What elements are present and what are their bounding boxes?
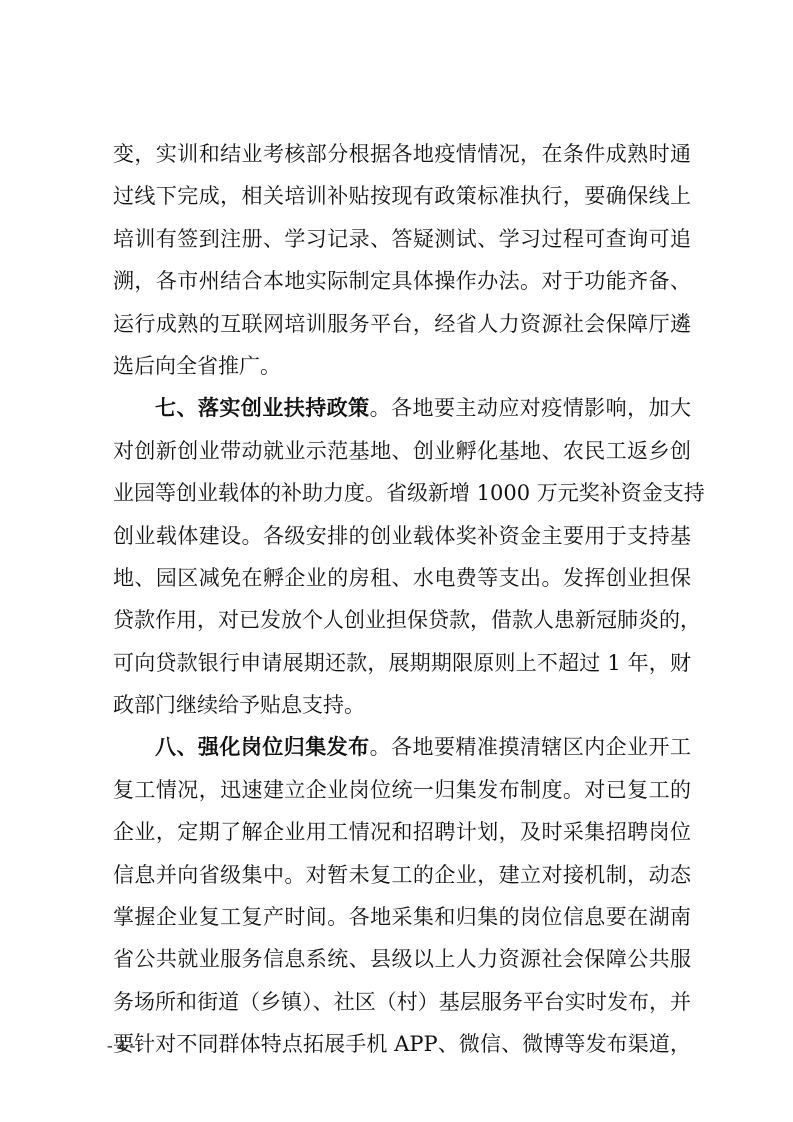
text-line: 掌握企业复工复产时间。各地采集和归集的岗位信息要在湖南: [113, 896, 691, 938]
text-line: 对创新创业带动就业示范基地、创业孵化基地、农民工返乡创: [113, 430, 691, 472]
text-line: 省公共就业服务信息系统、县级以上人力资源社会保障公共服: [113, 938, 691, 980]
text-line: 要针对不同群体特点拓展手机 APP、微信、微博等发布渠道，: [113, 1023, 691, 1065]
page-number: - 4 -: [107, 1036, 135, 1056]
text-line: 务场所和街道（乡镇）、社区（村）基层服务平台实时发布，并: [113, 981, 691, 1023]
section-heading-8: 八、强化岗位归集发布: [155, 735, 370, 759]
text-line: 可向贷款银行申请展期还款，展期期限原则上不超过 1 年，财: [113, 642, 691, 684]
text-line: 创业载体建设。各级安排的创业载体奖补资金主要用于支持基: [113, 515, 691, 557]
text-line: 企业，定期了解企业用工情况和招聘计划，及时采集招聘岗位: [113, 811, 691, 853]
text-line: 运行成熟的互联网培训服务平台，经省人力资源社会保障厅遴: [113, 303, 691, 345]
text-span: 。各地要主动应对疫情影响，加大: [370, 396, 691, 420]
text-line: 政部门继续给予贴息支持。: [113, 684, 691, 726]
text-line: 溯，各市州结合本地实际制定具体操作办法。对于功能齐备、: [113, 260, 691, 302]
text-line: 变，实训和结业考核部分根据各地疫情情况，在条件成熟时通: [113, 133, 691, 175]
body-text: 变，实训和结业考核部分根据各地疫情情况，在条件成熟时通 过线下完成，相关培训补贴…: [113, 133, 691, 1066]
text-line: 培训有签到注册、学习记录、答疑测试、学习过程可查询可追: [113, 218, 691, 260]
text-line: 选后向全省推广。: [113, 345, 691, 387]
text-line: 地、园区减免在孵企业的房租、水电费等支出。发挥创业担保: [113, 557, 691, 599]
text-line: 业园等创业载体的补助力度。省级新增 1000 万元奖补资金支持: [113, 472, 691, 514]
text-line: 信息并向省级集中。对暂未复工的企业，建立对接机制，动态: [113, 854, 691, 896]
text-span: 。各地要精准摸清辖区内企业开工: [370, 735, 691, 759]
section-7-first-line: 七、落实创业扶持政策。各地要主动应对疫情影响，加大: [113, 387, 691, 429]
section-heading-7: 七、落实创业扶持政策: [155, 396, 370, 420]
text-line: 贷款作用，对已发放个人创业担保贷款，借款人患新冠肺炎的，: [113, 599, 691, 641]
text-line: 复工情况，迅速建立企业岗位统一归集发布制度。对已复工的: [113, 769, 691, 811]
text-line: 过线下完成，相关培训补贴按现有政策标准执行，要确保线上: [113, 175, 691, 217]
section-8-first-line: 八、强化岗位归集发布。各地要精准摸清辖区内企业开工: [113, 726, 691, 768]
document-page: 变，实训和结业考核部分根据各地疫情情况，在条件成熟时通 过线下完成，相关培训补贴…: [0, 0, 793, 1122]
